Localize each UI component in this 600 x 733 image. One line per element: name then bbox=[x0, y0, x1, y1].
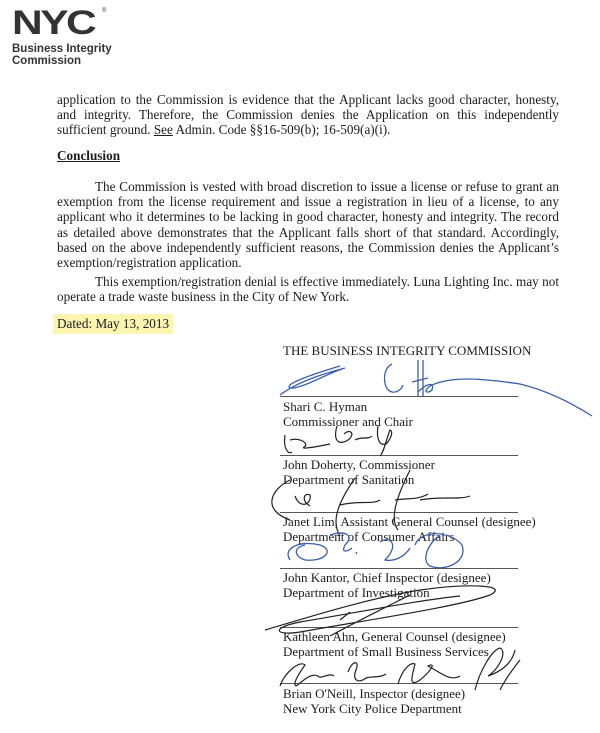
signature-kantor bbox=[288, 533, 463, 568]
signature-oneill bbox=[280, 648, 520, 690]
signature-hyman bbox=[280, 360, 592, 416]
signature-ahn bbox=[265, 586, 495, 636]
signature-doherty bbox=[285, 426, 392, 456]
handwritten-signatures bbox=[0, 0, 600, 733]
signature-lim bbox=[272, 470, 470, 536]
